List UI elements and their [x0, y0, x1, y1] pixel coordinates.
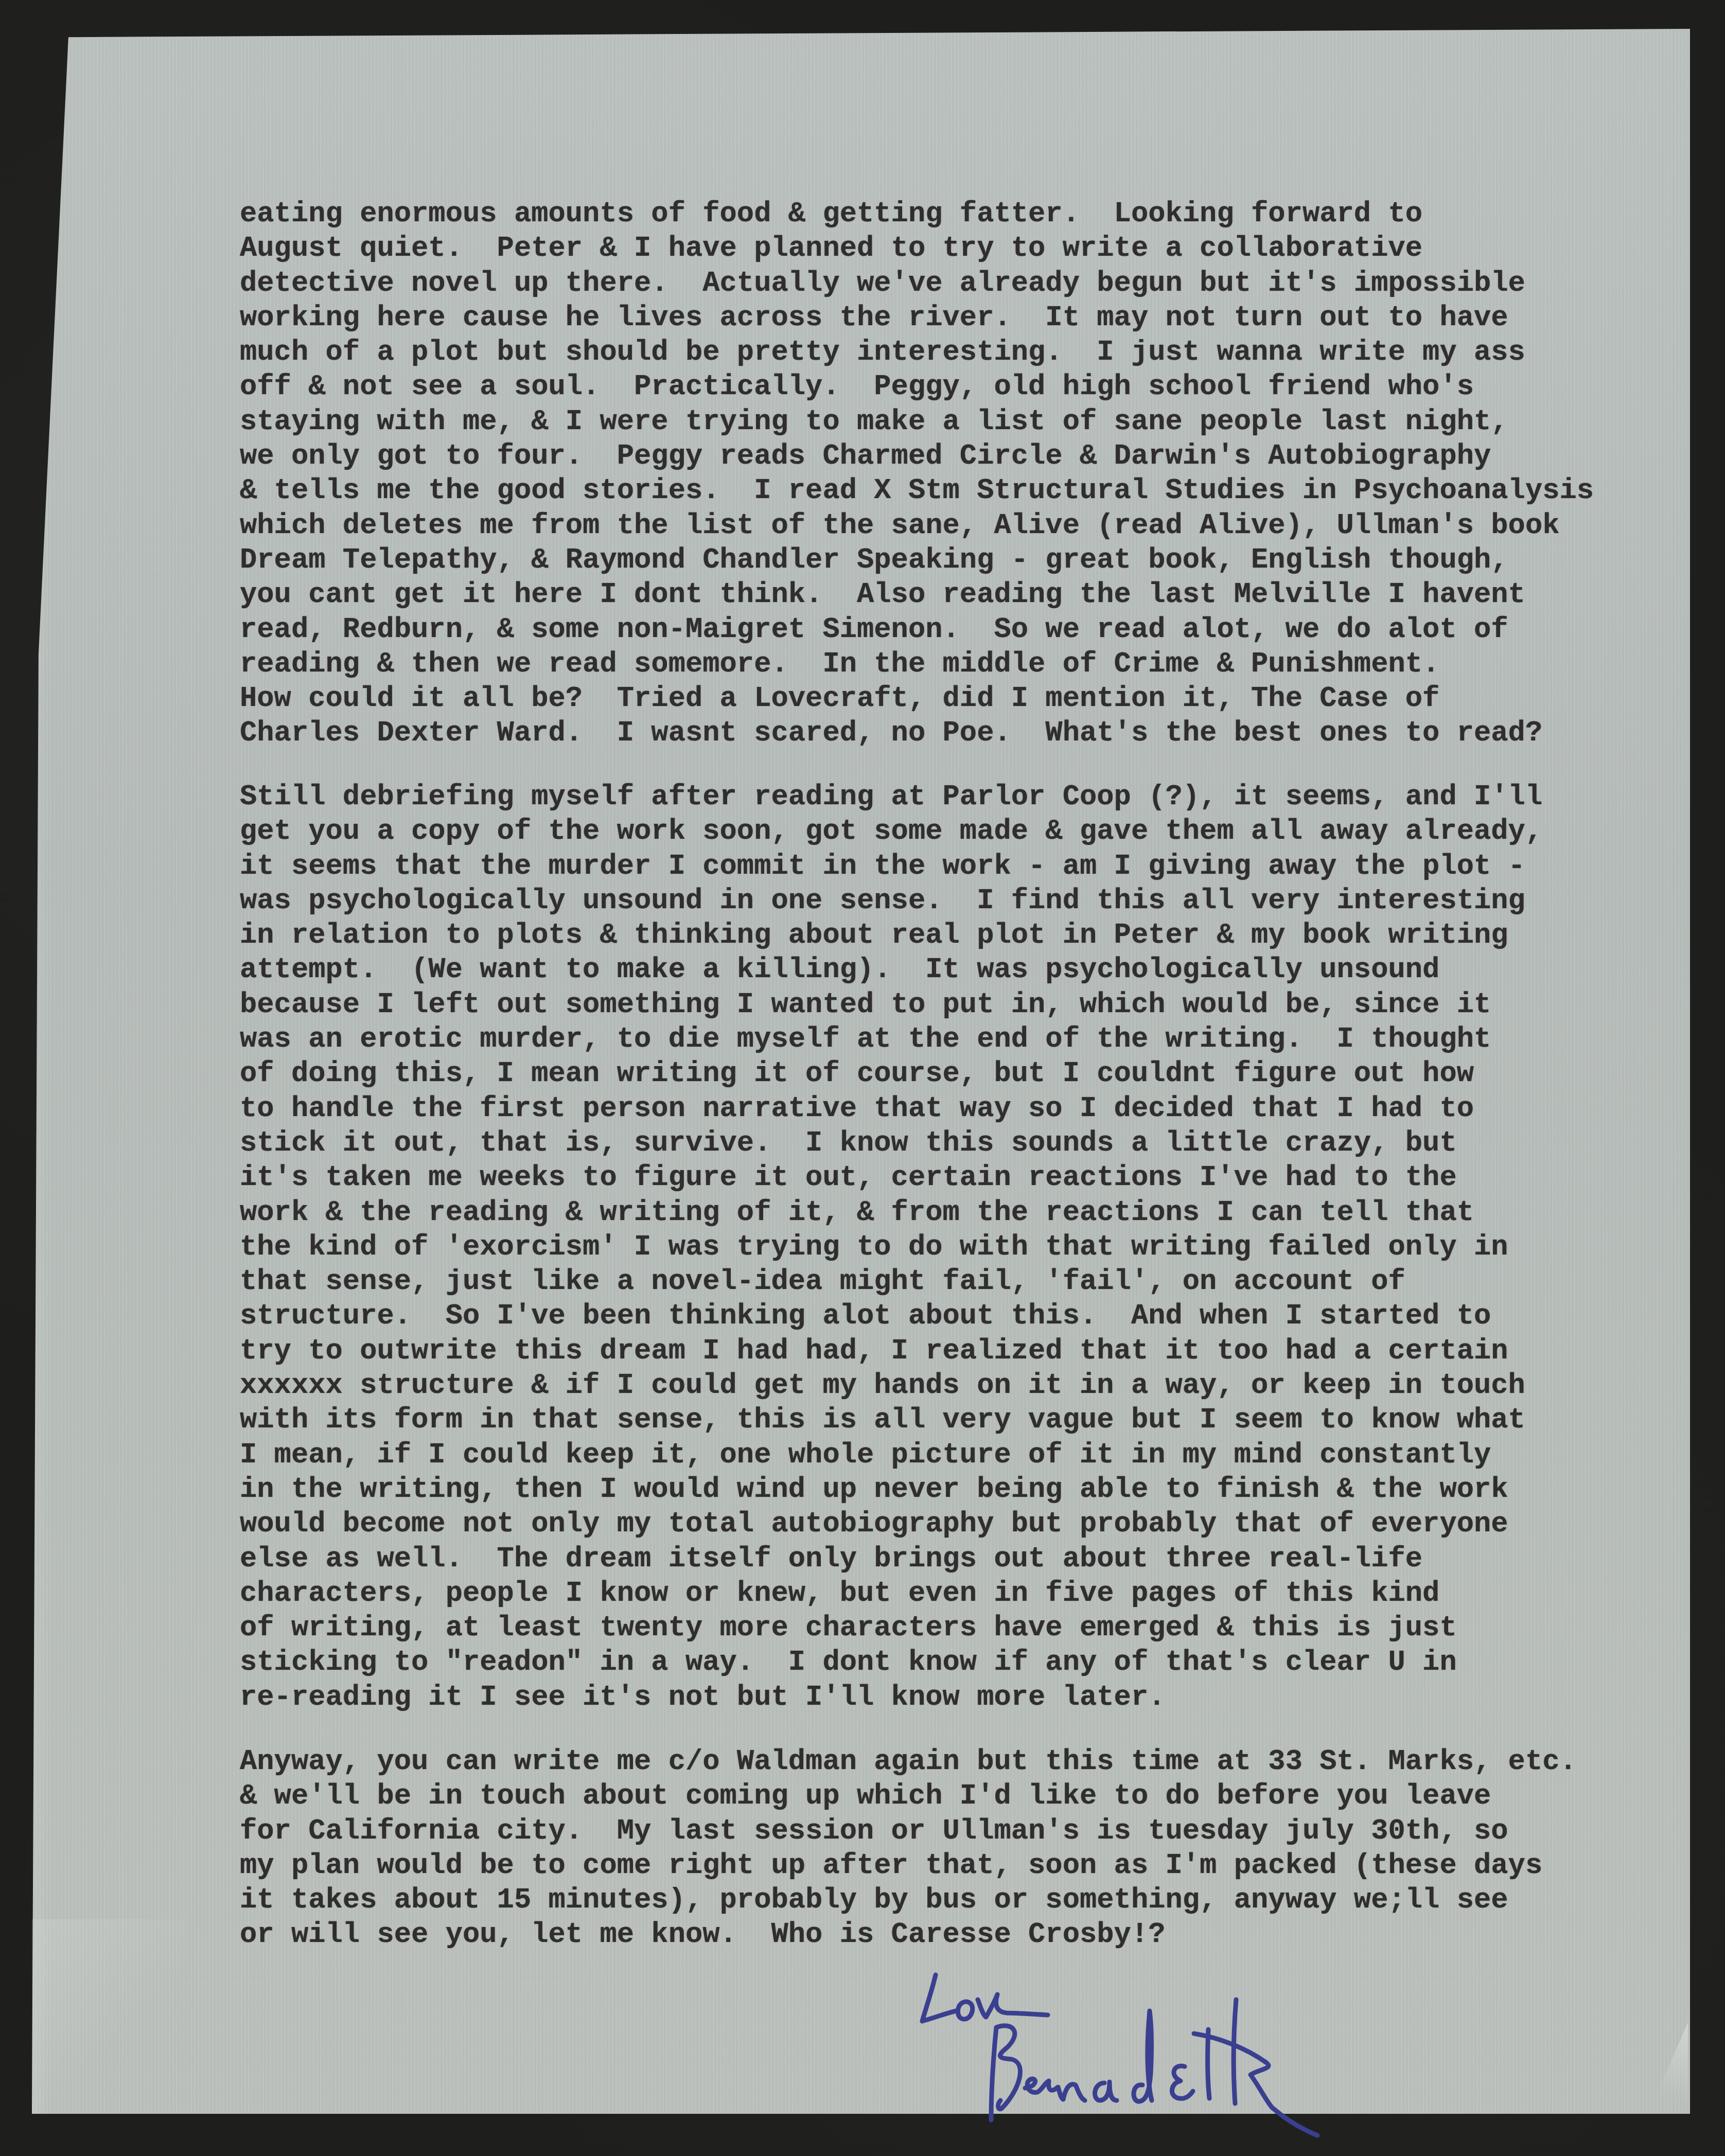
typed-line: read, Redburn, & some non-Maigret Simeno…: [240, 612, 1594, 647]
typed-line: which deletes me from the list of the sa…: [240, 508, 1594, 543]
typed-line: sticking to "readon" in a way. I dont kn…: [240, 1645, 1542, 1680]
typed-line: in relation to plots & thinking about re…: [240, 918, 1542, 952]
typed-line: with its form in that sense, this is all…: [240, 1403, 1542, 1437]
typed-line: re-reading it I see it's not but I'll kn…: [240, 1680, 1542, 1715]
paragraph-2: Still debriefing myself after reading at…: [240, 780, 1542, 1715]
typed-line: Charles Dexter Ward. I wasnt scared, no …: [240, 716, 1594, 750]
typed-line: because I left out something I wanted to…: [240, 987, 1542, 1022]
typed-line: was psychologically unsound in one sense…: [240, 883, 1542, 918]
typed-line: we only got to four. Peggy reads Charmed…: [240, 439, 1594, 473]
typed-line: work & the reading & writing of it, & fr…: [240, 1195, 1542, 1230]
typed-line: it seems that the murder I commit in the…: [240, 849, 1542, 883]
typed-line: I mean, if I could keep it, one whole pi…: [240, 1438, 1542, 1472]
typed-line: or will see you, let me know. Who is Car…: [240, 1917, 1577, 1952]
typed-line: & we'll be in touch about coming up whic…: [240, 1779, 1577, 1813]
typed-line: How could it all be? Tried a Lovecraft, …: [240, 681, 1594, 716]
typed-line: xxxxxx structure & if I could get my han…: [240, 1368, 1542, 1403]
typed-line: of writing, at least twenty more charact…: [240, 1611, 1542, 1645]
paragraph-3: Anyway, you can write me c/o Waldman aga…: [240, 1744, 1577, 1952]
typed-line: stick it out, that is, survive. I know t…: [240, 1126, 1542, 1160]
typed-line: for California city. My last session or …: [240, 1814, 1577, 1848]
typed-line: get you a copy of the work soon, got som…: [240, 814, 1542, 849]
typed-line: structure. So I've been thinking alot ab…: [240, 1299, 1542, 1333]
typed-line: Anyway, you can write me c/o Waldman aga…: [240, 1744, 1577, 1779]
typed-line: would become not only my total autobiogr…: [240, 1507, 1542, 1541]
typed-line: of doing this, I mean writing it of cour…: [240, 1056, 1542, 1091]
typed-line: Still debriefing myself after reading at…: [240, 780, 1542, 814]
typed-line: you cant get it here I dont think. Also …: [240, 577, 1594, 612]
typed-line: that sense, just like a novel-idea might…: [240, 1264, 1542, 1299]
typed-line: August quiet. Peter & I have planned to …: [240, 231, 1594, 266]
typed-line: was an erotic murder, to die myself at t…: [240, 1022, 1542, 1056]
typed-line: my plan would be to come right up after …: [240, 1848, 1577, 1883]
typed-line: attempt. (We want to make a killing). It…: [240, 952, 1542, 987]
typed-line: to handle the first person narrative tha…: [240, 1091, 1542, 1126]
typed-line: else as well. The dream itself only brin…: [240, 1542, 1542, 1576]
handwritten-signature: Love Bernadette: [906, 1966, 1585, 2120]
typed-line: staying with me, & I were trying to make…: [240, 404, 1594, 439]
typed-line: in the writing, then I would wind up nev…: [240, 1472, 1542, 1507]
typed-line: eating enormous amounts of food & gettin…: [240, 197, 1594, 231]
signature-ink-icon: [906, 1966, 1585, 2120]
typed-line: Dream Telepathy, & Raymond Chandler Spea…: [240, 543, 1594, 577]
paragraph-1: eating enormous amounts of food & gettin…: [240, 197, 1594, 751]
typed-line: characters, people I know or knew, but e…: [240, 1576, 1542, 1611]
typed-line: off & not see a soul. Practically. Peggy…: [240, 369, 1594, 404]
typed-line: much of a plot but should be pretty inte…: [240, 335, 1594, 369]
typed-line: try to outwrite this dream I had had, I …: [240, 1334, 1542, 1368]
typed-line: reading & then we read somemore. In the …: [240, 647, 1594, 681]
typed-line: working here cause he lives across the r…: [240, 301, 1594, 335]
typed-line: it's taken me weeks to figure it out, ce…: [240, 1160, 1542, 1195]
typed-line: detective novel up there. Actually we've…: [240, 266, 1594, 301]
typed-line: it takes about 15 minutes), probably by …: [240, 1883, 1577, 1917]
typed-line: & tells me the good stories. I read X St…: [240, 473, 1594, 508]
typed-line: the kind of 'exorcism' I was trying to d…: [240, 1230, 1542, 1264]
